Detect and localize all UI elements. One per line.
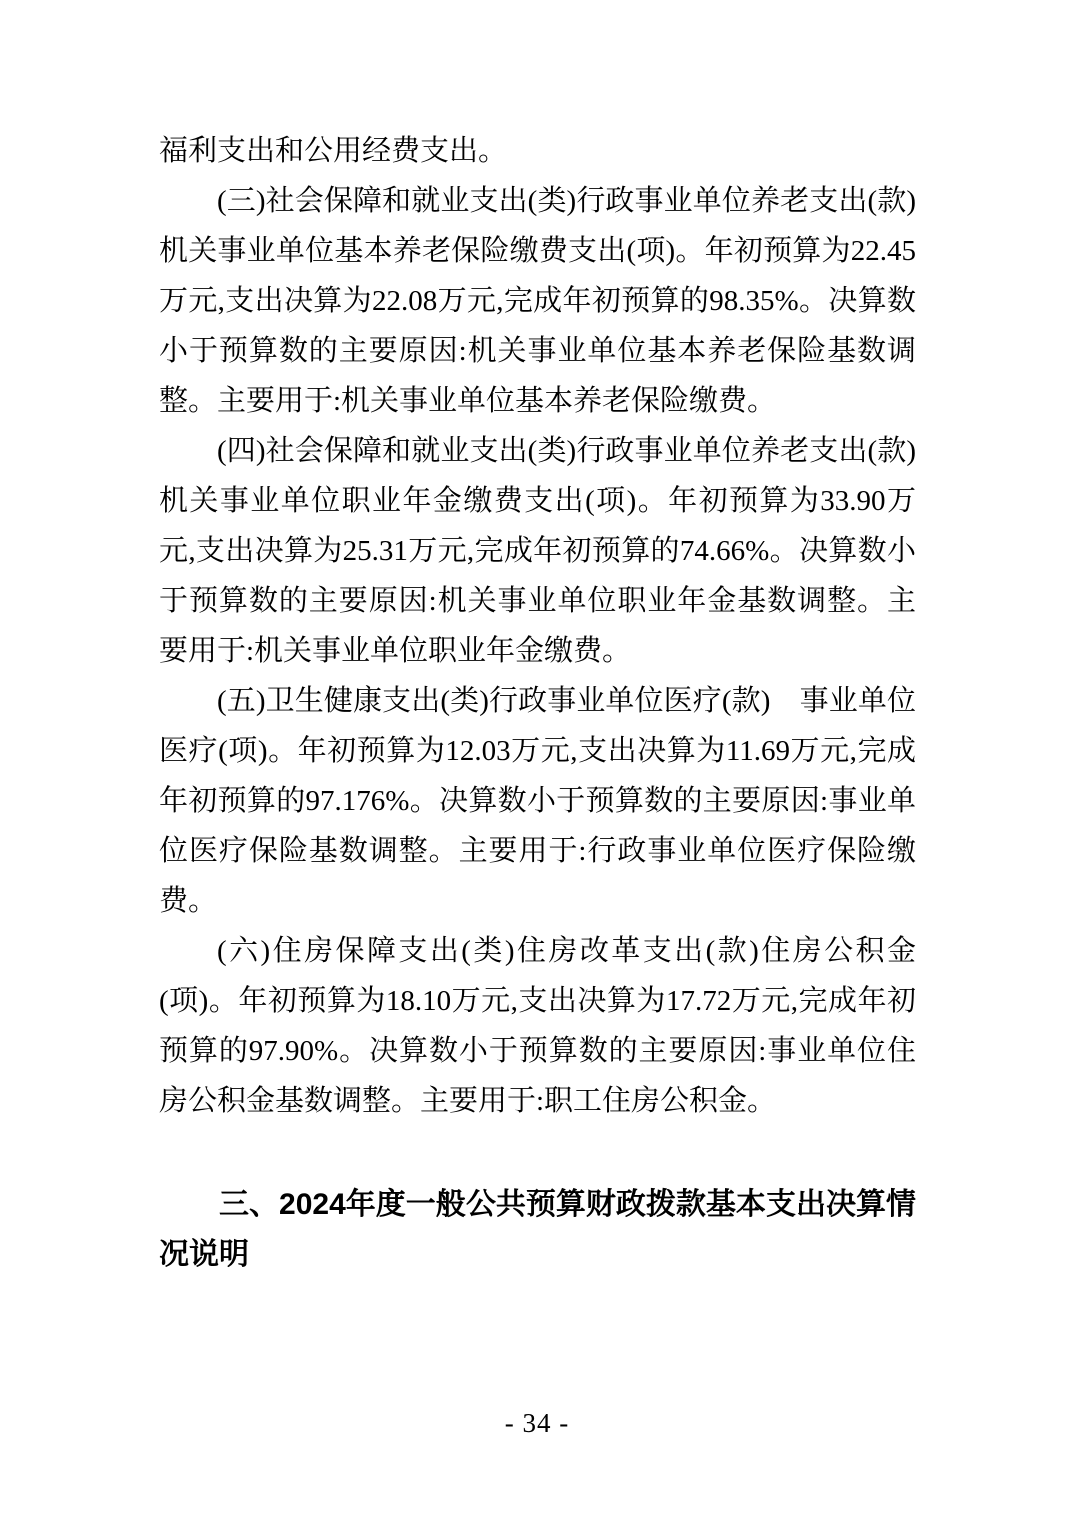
paragraph-item3-basic-pension: (三)社会保障和就业支出(类)行政事业单位养老支出(款) 机关事业单位基本养老保… — [159, 176, 916, 426]
document-content: 福利支出和公用经费支出。 (三)社会保障和就业支出(类)行政事业单位养老支出(款… — [159, 126, 916, 1280]
paragraph-item5-medical: (五)卫生健康支出(类)行政事业单位医疗(款) 事业单位医疗(项)。年初预算为1… — [159, 676, 916, 926]
paragraph-welfare-expense-tail: 福利支出和公用经费支出。 — [159, 126, 916, 176]
paragraph-item6-housing-fund: (六)住房保障支出(类)住房改革支出(款)住房公积金(项)。年初预算为18.10… — [159, 926, 916, 1126]
page-footer: - 34 - — [0, 1408, 1074, 1439]
document-page: 福利支出和公用经费支出。 (三)社会保障和就业支出(类)行政事业单位养老支出(款… — [0, 0, 1074, 1520]
section-heading: 三、2024年度一般公共预算财政拨款基本支出决算情况说明 — [159, 1180, 916, 1280]
paragraph-item4-occupational-annuity: (四)社会保障和就业支出(类)行政事业单位养老支出(款) 机关事业单位职业年金缴… — [159, 426, 916, 676]
page-number: - 34 - — [505, 1408, 569, 1438]
